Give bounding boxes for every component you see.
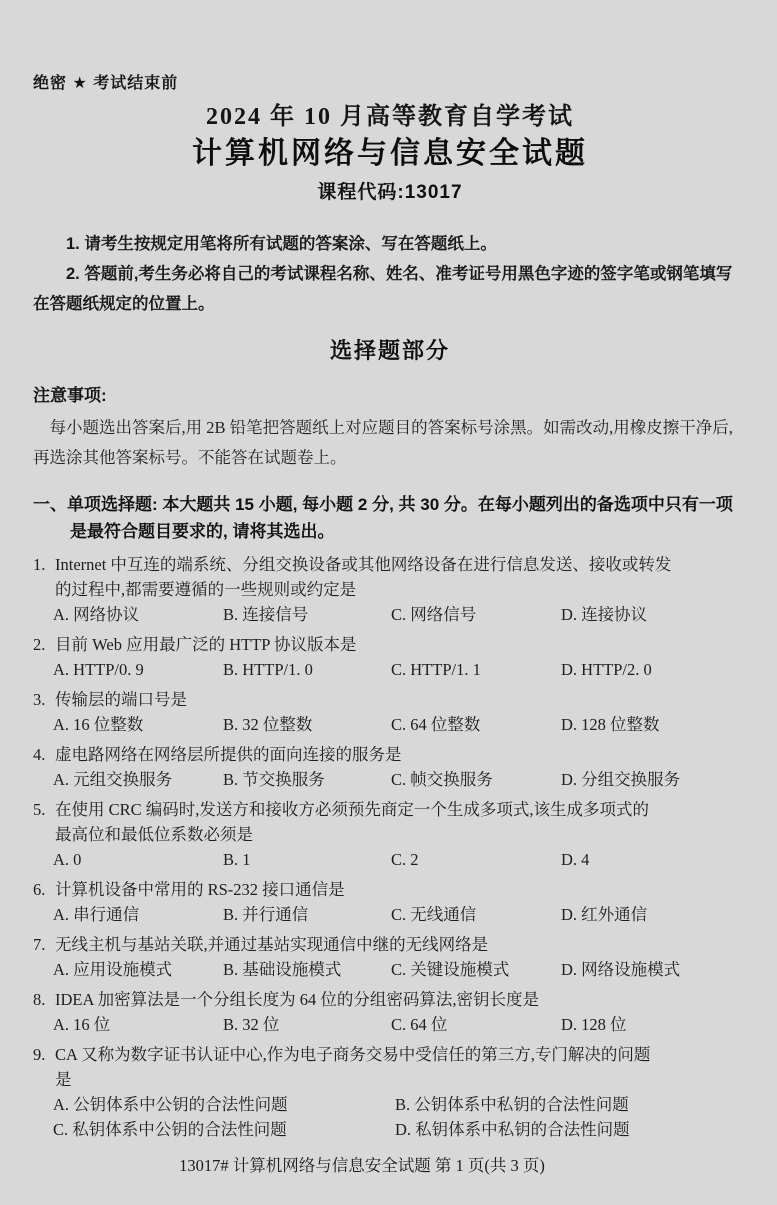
option-a: A. HTTP/0. 9	[53, 657, 223, 682]
option-d: D. 红外通信	[561, 902, 747, 927]
question-number: 1.	[33, 552, 55, 577]
question-item-5: 5.在使用 CRC 编码时,发送方和接收方必须预先商定一个生成多项式,该生成多项…	[33, 797, 747, 872]
option-a: A. 元组交换服务	[53, 767, 223, 792]
question-item-1: 1.Internet 中互连的端系统、分组交换设备或其他网络设备在进行信息发送、…	[33, 552, 747, 627]
question-number: 4.	[33, 742, 55, 767]
question-stem-text: 传输层的端口号是	[55, 690, 187, 709]
option-d: D. 私钥体系中私钥的合法性问题	[395, 1117, 747, 1142]
question-stem-text: 虚电路网络在网络层所提供的面向连接的服务是	[55, 745, 402, 764]
option-c: C. HTTP/1. 1	[391, 657, 561, 682]
question-stem-text: 计算机设备中常用的 RS-232 接口通信是	[55, 880, 345, 899]
question-item-6: 6.计算机设备中常用的 RS-232 接口通信是 A. 串行通信 B. 并行通信…	[33, 877, 747, 927]
option-b: B. 32 位整数	[223, 712, 391, 737]
question-stem: 8.IDEA 加密算法是一个分组长度为 64 位的分组密码算法,密钥长度是	[33, 987, 747, 1012]
question-number: 6.	[33, 877, 55, 902]
option-c: C. 帧交换服务	[391, 767, 561, 792]
option-row: A. 16 位整数 B. 32 位整数 C. 64 位整数 D. 128 位整数	[33, 712, 747, 737]
question-item-2: 2.目前 Web 应用最广泛的 HTTP 协议版本是 A. HTTP/0. 9 …	[33, 632, 747, 682]
option-row: A. 网络协议 B. 连接信号 C. 网络信号 D. 连接协议	[33, 602, 747, 627]
question-stem-text: 无线主机与基站关联,并通过基站实现通信中继的无线网络是	[55, 935, 488, 954]
question-stem: 7.无线主机与基站关联,并通过基站实现通信中继的无线网络是	[33, 932, 747, 957]
question-item-7: 7.无线主机与基站关联,并通过基站实现通信中继的无线网络是 A. 应用设施模式 …	[33, 932, 747, 982]
general-instructions: 1. 请考生按规定用笔将所有试题的答案涂、写在答题纸上。 2. 答题前,考生务必…	[33, 229, 747, 319]
option-c: C. 无线通信	[391, 902, 561, 927]
option-b: B. 32 位	[223, 1012, 391, 1037]
question-item-9: 9.CA 又称为数字证书认证中心,作为电子商务交易中受信任的第三方,专门解决的问…	[33, 1042, 747, 1142]
question-number: 3.	[33, 687, 55, 712]
option-b: B. 连接信号	[223, 602, 391, 627]
option-d: D. HTTP/2. 0	[561, 657, 747, 682]
option-row: A. 元组交换服务 B. 节交换服务 C. 帧交换服务 D. 分组交换服务	[33, 767, 747, 792]
option-a: A. 应用设施模式	[53, 957, 223, 982]
notice-label: 注意事项:	[33, 383, 747, 409]
part1-heading: 一、单项选择题: 本大题共 15 小题, 每小题 2 分, 共 30 分。在每小…	[33, 491, 747, 545]
option-row: A. 串行通信 B. 并行通信 C. 无线通信 D. 红外通信	[33, 902, 747, 927]
instruction-item-1: 1. 请考生按规定用笔将所有试题的答案涂、写在答题纸上。	[33, 229, 747, 259]
option-a: A. 0	[53, 847, 223, 872]
option-a: A. 网络协议	[53, 602, 223, 627]
option-a: A. 串行通信	[53, 902, 223, 927]
option-a: A. 公钥体系中公钥的合法性问题	[53, 1092, 395, 1117]
question-number: 9.	[33, 1042, 55, 1067]
question-item-3: 3.传输层的端口号是 A. 16 位整数 B. 32 位整数 C. 64 位整数…	[33, 687, 747, 737]
question-number: 2.	[33, 632, 55, 657]
option-d: D. 网络设施模式	[561, 957, 747, 982]
option-c: C. 关键设施模式	[391, 957, 561, 982]
question-stem: 9.CA 又称为数字证书认证中心,作为电子商务交易中受信任的第三方,专门解决的问…	[33, 1042, 747, 1067]
option-b: B. 基础设施模式	[223, 957, 391, 982]
option-c: C. 私钥体系中公钥的合法性问题	[53, 1117, 395, 1142]
question-stem: 2.目前 Web 应用最广泛的 HTTP 协议版本是	[33, 632, 747, 657]
option-b: B. 1	[223, 847, 391, 872]
question-stem: 5.在使用 CRC 编码时,发送方和接收方必须预先商定一个生成多项式,该生成多项…	[33, 797, 747, 822]
option-row: A. 应用设施模式 B. 基础设施模式 C. 关键设施模式 D. 网络设施模式	[33, 957, 747, 982]
question-stem: 3.传输层的端口号是	[33, 687, 747, 712]
option-c: C. 64 位	[391, 1012, 561, 1037]
question-stem-text: 的过程中,都需要遵循的一些规则或约定是	[33, 577, 747, 602]
question-stem: 1.Internet 中互连的端系统、分组交换设备或其他网络设备在进行信息发送、…	[33, 552, 747, 577]
option-d: D. 连接协议	[561, 602, 747, 627]
option-c: C. 64 位整数	[391, 712, 561, 737]
question-stem: 6.计算机设备中常用的 RS-232 接口通信是	[33, 877, 747, 902]
option-row: A. HTTP/0. 9 B. HTTP/1. 0 C. HTTP/1. 1 D…	[33, 657, 747, 682]
question-item-8: 8.IDEA 加密算法是一个分组长度为 64 位的分组密码算法,密钥长度是 A.…	[33, 987, 747, 1037]
question-stem-text: 在使用 CRC 编码时,发送方和接收方必须预先商定一个生成多项式,该生成多项式的	[55, 800, 649, 819]
instruction-item-2: 2. 答题前,考生务必将自己的考试课程名称、姓名、准考证号用黑色字迹的签字笔或钢…	[33, 259, 747, 319]
course-code: 课程代码:13017	[33, 179, 747, 207]
question-stem-text: CA 又称为数字证书认证中心,作为电子商务交易中受信任的第三方,专门解决的问题	[55, 1045, 650, 1064]
question-stem-text: 目前 Web 应用最广泛的 HTTP 协议版本是	[55, 635, 356, 654]
notice-text: 每小题选出答案后,用 2B 铅笔把答题纸上对应题目的答案标号涂黑。如需改动,用橡…	[33, 413, 747, 473]
exam-paper-title: 计算机网络与信息安全试题	[33, 133, 747, 175]
option-row: A. 公钥体系中公钥的合法性问题 B. 公钥体系中私钥的合法性问题 C. 私钥体…	[33, 1092, 747, 1142]
page-footer: 13017# 计算机网络与信息安全试题 第 1 页(共 3 页)	[179, 1154, 545, 1178]
question-stem-text: IDEA 加密算法是一个分组长度为 64 位的分组密码算法,密钥长度是	[55, 990, 539, 1009]
question-stem-text: 是	[33, 1067, 747, 1092]
section-part-title: 选择题部分	[33, 335, 747, 367]
question-stem-text: Internet 中互连的端系统、分组交换设备或其他网络设备在进行信息发送、接收…	[55, 555, 671, 574]
option-d: D. 128 位	[561, 1012, 747, 1037]
option-d: D. 128 位整数	[561, 712, 747, 737]
classification-banner: 绝密 ★ 考试结束前	[33, 73, 747, 95]
option-d: D. 4	[561, 847, 747, 872]
question-item-4: 4.虚电路网络在网络层所提供的面向连接的服务是 A. 元组交换服务 B. 节交换…	[33, 742, 747, 792]
option-row: A. 0 B. 1 C. 2 D. 4	[33, 847, 747, 872]
option-d: D. 分组交换服务	[561, 767, 747, 792]
question-number: 7.	[33, 932, 55, 957]
option-c: C. 网络信号	[391, 602, 561, 627]
exam-paper-page: 绝密 ★ 考试结束前 2024 年 10 月高等教育自学考试 计算机网络与信息安…	[0, 73, 777, 1178]
question-number: 5.	[33, 797, 55, 822]
option-b: B. HTTP/1. 0	[223, 657, 391, 682]
question-stem: 4.虚电路网络在网络层所提供的面向连接的服务是	[33, 742, 747, 767]
question-list: 1.Internet 中互连的端系统、分组交换设备或其他网络设备在进行信息发送、…	[33, 552, 747, 1142]
option-b: B. 并行通信	[223, 902, 391, 927]
question-number: 8.	[33, 987, 55, 1012]
question-stem-text: 最高位和最低位系数必须是	[33, 822, 747, 847]
option-a: A. 16 位整数	[53, 712, 223, 737]
option-b: B. 公钥体系中私钥的合法性问题	[395, 1092, 747, 1117]
exam-session-title: 2024 年 10 月高等教育自学考试	[33, 101, 747, 133]
option-a: A. 16 位	[53, 1012, 223, 1037]
option-c: C. 2	[391, 847, 561, 872]
option-b: B. 节交换服务	[223, 767, 391, 792]
option-row: A. 16 位 B. 32 位 C. 64 位 D. 128 位	[33, 1012, 747, 1037]
